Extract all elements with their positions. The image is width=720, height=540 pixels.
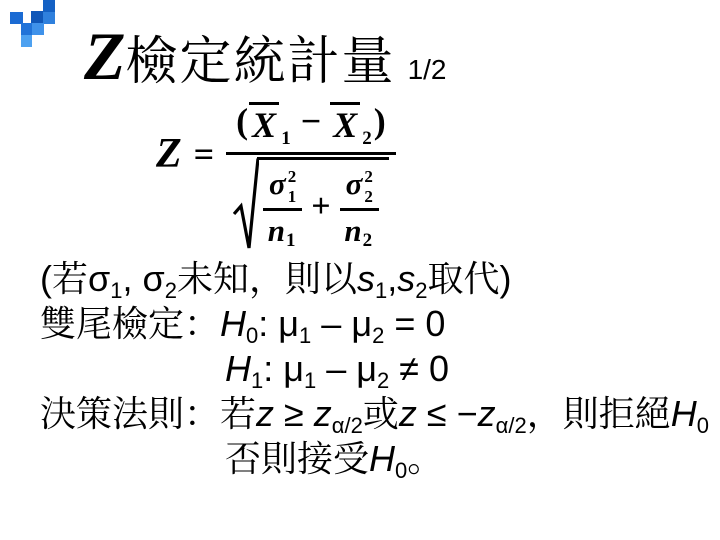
text-segment: z [399,393,417,434]
text-segment: 未知，則以 [177,259,357,299]
text-line: H1: μ1 – μ2 ≠ 0 [40,346,709,391]
logo-square [31,11,43,23]
subscript: 1 [110,278,122,303]
text-segment: H [671,393,697,434]
text-segment: σ [143,258,165,299]
variance-term-1: σ 2 1 n 1 [263,168,302,246]
text-segment: z [256,393,274,434]
sigma-symbol: σ [346,168,363,199]
close-paren: ) [374,102,386,142]
logo-square [21,35,32,47]
sigma1-superscript: 2 [288,168,297,185]
subscript: 1 [251,368,263,393]
minus-sign: − [301,102,322,142]
text-segment: 取代 [428,259,500,299]
xbar2-subscript: 2 [362,129,372,150]
text-segment: : [258,303,278,344]
subscript: 1 [304,368,316,393]
text-segment: 或 [363,394,399,434]
text-segment: ≥ [274,393,314,434]
subscript: 0 [697,413,709,438]
fraction-denominator: σ 2 1 n 1 + σ [233,155,389,253]
text-line: 雙尾檢定：H0: μ1 – μ2 = 0 [40,301,709,346]
subscript: 2 [415,278,427,303]
text-line: 決策法則：若z ≥ zα/2或z ≤ −zα/2，則拒絕H0 [40,391,709,436]
text-segment: 若 [52,259,88,299]
text-segment: = 0 [384,303,445,344]
sigma1-squared: σ 2 1 [263,168,302,211]
sigma2-subscript: 2 [364,188,373,205]
text-segment: μ [278,303,299,344]
text-segment: s [357,258,375,299]
text-segment: μ [351,303,372,344]
text-segment: σ [88,258,110,299]
sigma1-subscript: 1 [288,188,297,205]
subscript: 2 [377,368,389,393]
xbar1-subscript: 1 [281,129,291,150]
slide-logo [0,0,70,60]
n-variable: n [344,215,361,246]
radicand: σ 2 1 n 1 + σ [257,157,389,246]
logo-square [21,23,32,35]
text-line: 否則接受H0。 [40,436,709,481]
variance-term-2: σ 2 2 n 2 [340,168,379,246]
logo-square [43,12,55,24]
logo-square [32,23,44,35]
text-segment: μ [283,348,304,389]
text-segment: μ [356,348,377,389]
subscript: α/2 [496,413,527,438]
logo-square [43,0,55,12]
sigma2-squared: σ 2 2 [340,168,379,211]
text-segment: – [316,348,356,389]
text-segment: ≠ 0 [389,348,449,389]
n1-subscript: 1 [286,231,296,250]
main-fraction: ( X 1 − X 2 ) σ 2 1 [226,100,396,253]
text-segment: z [478,393,496,434]
fraction-numerator: ( X 1 − X 2 ) [226,100,396,155]
text-segment: , [387,258,397,299]
slide-title: Z 檢定統計量 1/2 [84,22,447,90]
text-segment: , [122,258,142,299]
text-segment: H [369,438,395,479]
subscript: 1 [375,278,387,303]
subscript: α/2 [332,413,363,438]
text-segment: ) [500,258,512,299]
page-indicator: 1/2 [408,54,447,86]
n2-term: n 2 [344,211,374,246]
title-text: 檢定統計量 [126,37,396,89]
radical-sign-icon [233,157,259,253]
open-paren: ( [236,102,248,142]
xbar1-variable: X [249,102,279,146]
z-statistic-formula: Z = ( X 1 − X 2 ) σ 2 1 [156,100,396,253]
subscript: 2 [372,323,384,348]
text-segment: ≤ − [417,393,478,434]
text-segment: z [314,393,332,434]
text-segment: s [397,258,415,299]
n-variable: n [268,215,285,246]
title-z-symbol: Z [84,22,126,90]
subscript: 0 [246,323,258,348]
formula-lhs: Z [156,130,182,178]
text-segment: 。 [407,439,443,479]
sigma1-supsub: 2 1 [288,168,297,205]
text-segment: ( [40,258,52,299]
text-line: (若σ1, σ2未知，則以s1,s2取代) [40,256,709,301]
text-segment: H [220,303,246,344]
n2-subscript: 2 [363,231,373,250]
n1-term: n 1 [268,211,298,246]
sigma2-supsub: 2 2 [364,168,373,205]
sigma-symbol: σ [269,168,286,199]
plus-sign: + [311,188,330,226]
text-segment: 決策法則：若 [40,394,256,434]
text-segment: : [263,348,283,389]
subscript: 2 [165,278,177,303]
sigma2-superscript: 2 [364,168,373,185]
xbar2-variable: X [330,102,360,146]
text-segment: 雙尾檢定： [40,304,220,344]
equals-sign: = [194,133,215,175]
text-segment: ，則拒絕 [527,394,671,434]
subscript: 0 [395,458,407,483]
text-segment: – [311,303,351,344]
subscript: 1 [299,323,311,348]
text-segment: H [225,348,251,389]
body-text: (若σ1, σ2未知，則以s1,s2取代)雙尾檢定：H0: μ1 – μ2 = … [40,256,709,481]
text-segment: 否則接受 [225,439,369,479]
